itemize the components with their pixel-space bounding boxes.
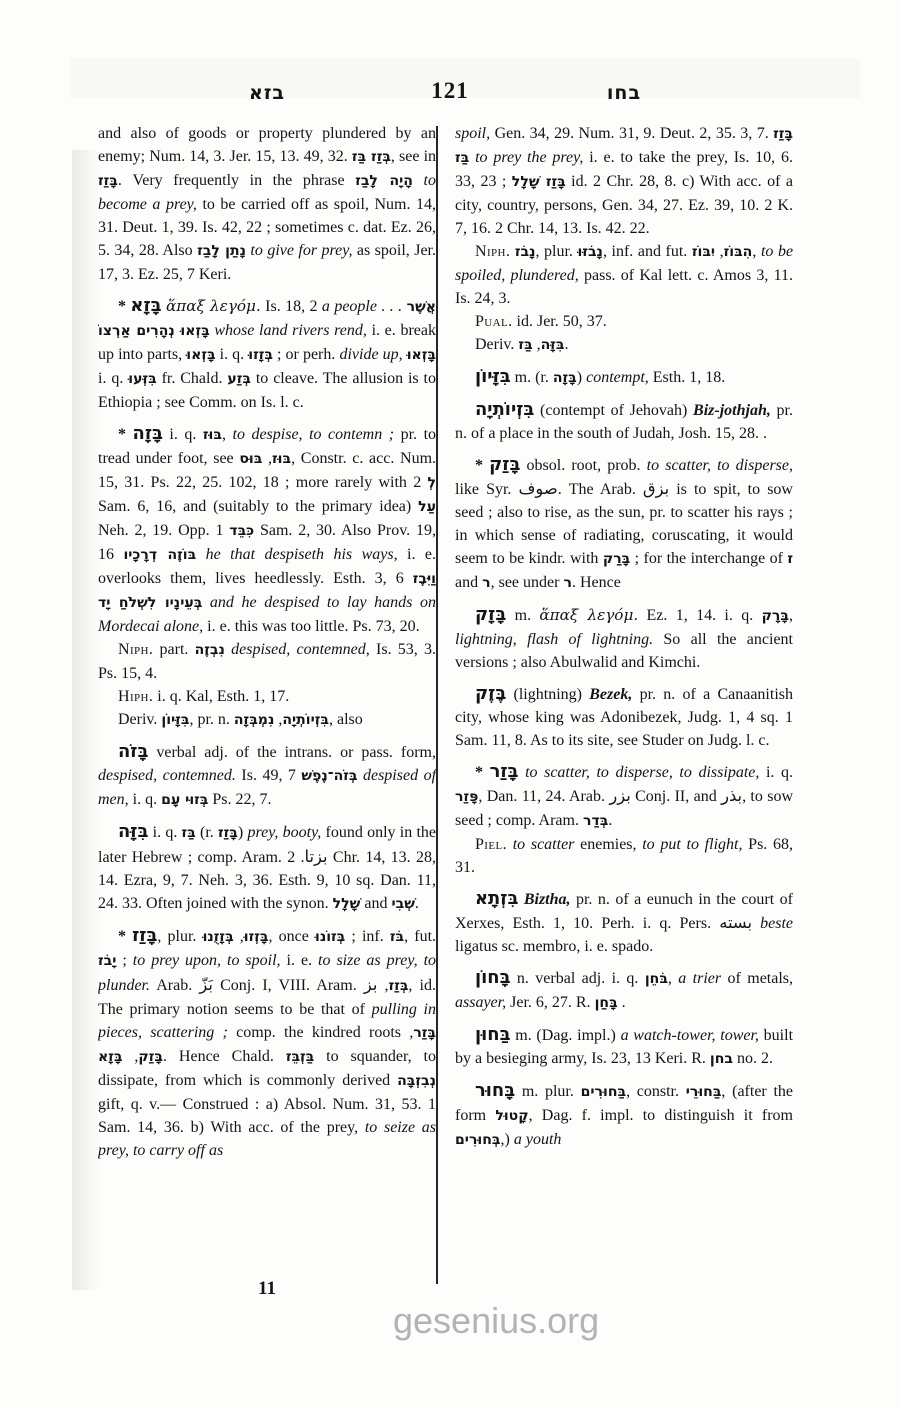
text-run-he: בְּזָזֻנוּ xyxy=(203,929,234,945)
text-run-i: a trier xyxy=(678,970,721,987)
text-run-hw: בִּזְיוֹתְיָה xyxy=(475,399,534,420)
text-run-n: i. q. xyxy=(163,426,203,443)
text-run-sc: Hiph. xyxy=(118,688,153,705)
text-run-ar: بسته xyxy=(719,913,752,932)
paragraph: בָּחוֹן n. verbal adj. i. q. בֹּחֵן, a t… xyxy=(455,966,793,1015)
text-run-i: to prey the prey, xyxy=(469,149,583,166)
text-run-he: בִּזְיוֹתְיָה xyxy=(282,712,329,728)
text-run-he: בְּחוּרִים xyxy=(455,1132,501,1148)
text-run-he: ר xyxy=(482,575,490,591)
text-run-n: , also xyxy=(329,711,363,728)
scan-artifact-left-shadow xyxy=(72,150,100,1290)
text-run-n: ligatus sc. membro, i. e. spado. xyxy=(455,938,653,955)
text-run-he: בְּזֹה־נֶפֶשׁ xyxy=(301,768,357,784)
text-run-hw: בָּזַק xyxy=(489,454,520,475)
paragraph: * בָּזָא ἅπαξ λεγόμ. Is. 18, 2 a people … xyxy=(98,294,436,414)
text-run-he: בָּזַז xyxy=(98,173,118,189)
text-run-n: . xyxy=(565,336,569,353)
text-run-hw: בָּזַז xyxy=(132,925,157,946)
text-run-n: Is. 49, 7 xyxy=(236,767,302,784)
text-run-n: Esth. 1, 18. xyxy=(649,369,725,386)
text-run-n: Conj. I, VIII. Aram. xyxy=(213,977,364,994)
text-run-n: m. (r. xyxy=(511,369,553,386)
text-run-he: הִבּוֹז xyxy=(724,244,753,260)
text-run-he: ז xyxy=(787,551,793,567)
text-run-n: ; xyxy=(116,952,132,969)
paragraph: Deriv. בִּזָּה, בַּז. xyxy=(455,333,793,357)
text-run-ar: بَزّ xyxy=(199,975,213,994)
text-run-n: , pr. n. xyxy=(189,711,233,728)
text-run-bi: Bezek, xyxy=(589,686,632,703)
text-run-n: . The Arab. xyxy=(558,481,643,498)
text-run-n: , xyxy=(222,426,233,443)
text-run-hw: בִּזָּיוֹן xyxy=(475,366,511,387)
paragraph: בִּזָּה i. q. בַּז (r. בָּזַז) prey, boo… xyxy=(98,820,436,916)
text-run-he: בּוּז xyxy=(203,427,222,443)
text-run-i: whose land rivers rend, xyxy=(210,322,367,339)
text-run-ar: بز xyxy=(364,975,378,994)
text-run-n: , xyxy=(377,977,388,994)
text-run-he: נָבֹזּוּ xyxy=(578,244,603,260)
text-run-hw: בָּזֹה xyxy=(118,741,148,762)
text-run-he: בָּזְאוּ xyxy=(407,347,436,363)
paragraph: * בָּזַק obsol. root, prob. to scatter, … xyxy=(455,453,793,595)
text-run-he: הָיָה לָבַז xyxy=(355,173,413,189)
text-run-n: part. xyxy=(153,641,194,658)
text-run-hw: בִּזְתָא xyxy=(475,888,518,909)
paragraph: בֶּזֶק (lightning) Bezek, pr. n. of a Ca… xyxy=(455,682,793,752)
text-run-n: , plur. xyxy=(157,928,202,945)
text-run-n: , fut. xyxy=(404,928,436,945)
text-run-n: Ps. 22, 7. xyxy=(208,791,271,808)
text-run-he: נִמְבְּזָה xyxy=(234,712,274,728)
text-run-n: , xyxy=(122,1048,138,1065)
paragraph: בִּזְתָא Biztha, pr. n. of a eunuch in t… xyxy=(455,887,793,958)
paragraph: Niph. נָבֹז, plur. נָבֹזּוּ, inf. and fu… xyxy=(455,240,793,310)
text-run-he: בִּזָּה xyxy=(541,337,565,353)
text-run-he: שְׁבִי xyxy=(391,896,414,912)
right-column: spoil, Gen. 34, 29. Num. 31, 9. Deut. 2,… xyxy=(455,122,793,1287)
text-run-hw: בֶּזֶק xyxy=(475,683,506,704)
text-run-ar: بزر xyxy=(609,786,630,805)
text-run-he: יִבּוֹז xyxy=(692,244,715,260)
text-run-i: to put to flight, xyxy=(642,836,742,853)
paragraph: * בָּזָה i. q. בּוּז, to despise, to con… xyxy=(98,422,436,638)
running-head-right-hebrew: בחו xyxy=(455,82,793,104)
text-run-n: i. q. xyxy=(129,791,161,808)
text-run-n: , see in xyxy=(391,148,436,165)
text-run-i: prey, booty, xyxy=(247,824,321,841)
text-run-i: to scatter, to disperse, to dissipate, xyxy=(518,764,759,781)
text-run-he: בָּזְזוּ xyxy=(244,929,269,945)
text-run-he: בָּחַן xyxy=(595,995,618,1011)
paragraph: בָּזָק m. ἅπαξ λεγόμ. Ez. 1, 14. i. q. ב… xyxy=(455,603,793,674)
text-run-he: נִבְזֶה xyxy=(195,642,225,658)
text-run-n: , xyxy=(234,928,244,945)
text-run-n: i. e. this was too little. Ps. 73, 20. xyxy=(203,618,419,635)
text-run-hw: בַּחוּן xyxy=(475,1024,511,1045)
text-run-he: בַּז xyxy=(518,337,532,353)
paragraph: and also of goods or property plundered … xyxy=(98,122,436,286)
text-run-n: . xyxy=(608,812,612,829)
text-run-he: עַל xyxy=(418,499,436,515)
text-run-n: i. e. xyxy=(281,952,318,969)
text-run-he: נָבֹז xyxy=(515,244,536,260)
text-run-i: a watch-tower, tower, xyxy=(621,1027,759,1044)
text-run-n: , Dag. f. impl. to distinguish it from xyxy=(529,1107,793,1124)
text-run-he: בְּזַע xyxy=(227,371,251,387)
text-run-he: בָּזְאוּ xyxy=(186,347,215,363)
text-run-i: to prey upon, to spoil, xyxy=(133,952,281,969)
text-run-n: , xyxy=(668,970,678,987)
text-run-he: בָּזַק xyxy=(138,1049,163,1065)
text-run-he: נָתַן לָבַז xyxy=(197,243,246,259)
text-run-n: ; inf. xyxy=(345,928,390,945)
text-run-he: בַּחוּרֵי xyxy=(686,1084,722,1100)
text-run-n: m. plur. xyxy=(515,1083,580,1100)
text-run-i: spoil, xyxy=(455,125,490,142)
text-run-n: , once xyxy=(269,928,315,945)
text-run-n: (lightning) xyxy=(506,686,589,703)
left-column: and also of goods or property plundered … xyxy=(98,122,436,1287)
text-run-n: , xyxy=(715,243,724,260)
text-run-hw: בָּחוֹן xyxy=(475,967,511,988)
text-run-n: i. q. xyxy=(759,764,793,781)
text-run-i: contempt, xyxy=(586,369,649,386)
sheet-signature: 11 xyxy=(98,1278,436,1300)
paragraph: * בָּזַר to scatter, to disperse, to dis… xyxy=(455,760,793,833)
text-run-n: , xyxy=(533,336,541,353)
text-run-ar: صوف xyxy=(519,479,558,498)
text-run-n: Neh. 2, 19. Opp. xyxy=(98,522,215,539)
paragraph: Pual. id. Jer. 50, 37. xyxy=(455,310,793,333)
text-run-b: * xyxy=(118,298,130,315)
text-run-he: בחן xyxy=(710,1051,733,1067)
text-run-ar: بزتا xyxy=(305,847,328,866)
text-run-i: he that despiseth his ways, xyxy=(196,546,397,563)
paragraph: Piel. to scatter enemies, to put to flig… xyxy=(455,833,793,879)
text-run-n: i. q. xyxy=(98,370,128,387)
text-run-he: בַּחוּרִים xyxy=(581,1084,627,1100)
text-run-he: בֹּז xyxy=(390,929,404,945)
paragraph: בִּזָּיוֹן m. (r. בָּזָה) contempt, Esth… xyxy=(455,365,793,390)
text-run-he: בּוּס xyxy=(239,451,262,467)
text-run-n: ; or perh. xyxy=(273,346,340,363)
text-run-he: נְבִזְבָּה xyxy=(397,1073,436,1089)
text-run-he: בָּזַר xyxy=(413,1025,436,1041)
text-run-n: ,) xyxy=(501,1131,514,1148)
text-run-ar: بزق xyxy=(643,479,669,498)
text-run-gr: ἅπαξ λεγόμ. xyxy=(539,606,638,624)
text-run-i: despised, contemned. xyxy=(98,767,236,784)
text-run-n: and xyxy=(360,895,391,912)
text-run-he: בּוֹזֶה דְרָכָיו xyxy=(123,547,196,563)
text-run-i: to despise, to contemn ; xyxy=(233,426,395,443)
paragraph: בָּחוּר m. plur. בַּחוּרִים, constr. בַּ… xyxy=(455,1079,793,1152)
text-run-i: despised, contemned, xyxy=(225,641,370,658)
text-run-ar: بذر xyxy=(721,786,742,805)
text-run-he: יָבֹז xyxy=(98,953,116,969)
text-run-n: , see under xyxy=(491,574,564,591)
text-run-hw: בָּזַר xyxy=(490,761,519,782)
text-run-he: בָּזַז xyxy=(218,825,238,841)
text-run-i: beste xyxy=(752,915,793,932)
text-run-he: קָטוּל xyxy=(495,1108,528,1124)
text-run-he: בְּדַר xyxy=(583,813,608,829)
text-run-b: * xyxy=(118,426,133,443)
paragraph: * בָּזַז, plur. בָּזְזוּ, בְּזָזֻנוּ, on… xyxy=(98,924,436,1162)
text-run-n: , xyxy=(752,243,761,260)
text-run-n: comp. the kindred roots xyxy=(228,1024,409,1041)
text-run-hw: בָּחוּר xyxy=(475,1080,515,1101)
text-run-he: בָּרַק xyxy=(603,551,630,567)
text-run-he: שָׁלָל xyxy=(333,896,361,912)
text-run-i: assayer, xyxy=(455,994,506,1011)
text-run-n: (contempt of Jehovah) xyxy=(534,402,693,419)
text-run-he: כִּבֵּד xyxy=(229,523,254,539)
text-run-i: lightning, flash of lightning. xyxy=(455,631,653,648)
text-run-n: Deriv. xyxy=(118,711,161,728)
text-run-n: verbal adj. of the intrans. or pass. for… xyxy=(148,744,436,761)
text-run-hw: בָּזָה xyxy=(133,423,163,444)
text-run-n: ; for the interchange of xyxy=(630,550,787,567)
text-run-n: , plur. xyxy=(535,243,577,260)
text-run-he: בַּז xyxy=(182,825,196,841)
text-run-n: no. 2. xyxy=(733,1050,773,1067)
text-run-hw: בִּזָּה xyxy=(118,821,148,842)
text-run-n: ) xyxy=(577,369,586,386)
text-run-i: a youth xyxy=(514,1131,562,1148)
text-run-he: בְּזַז xyxy=(389,978,409,994)
text-run-n: , xyxy=(262,450,272,467)
text-run-n: id. Jer. 50, 37. xyxy=(513,313,607,330)
text-run-i: divide up, xyxy=(339,346,402,363)
paragraph: בִּזְיוֹתְיָה (contempt of Jehovah) Biz-… xyxy=(455,398,793,445)
text-run-n: (r. xyxy=(196,824,218,841)
text-run-n: . Hence xyxy=(572,574,621,591)
text-run-n: , inf. and fut. xyxy=(603,243,692,260)
text-run-he: בּוּז xyxy=(272,451,291,467)
text-run-n: , Dan. 11, 24. Arab. xyxy=(478,788,609,805)
text-run-n: , xyxy=(789,607,793,624)
text-run-he: בְּזוֹנוּ xyxy=(315,929,345,945)
text-run-i: to give for prey, xyxy=(246,242,352,259)
paragraph: Niph. part. נִבְזֶה despised, contemned,… xyxy=(98,638,436,685)
text-run-he: בִּזָּיוֹן xyxy=(161,712,189,728)
text-run-n: Is. 18, 2 xyxy=(261,298,322,315)
text-run-b: * xyxy=(475,457,489,474)
text-run-he: בַּזְבֵּז xyxy=(286,1049,314,1065)
text-run-n: i. q. xyxy=(148,824,181,841)
text-run-n: Arab. xyxy=(150,977,199,994)
paragraph: בַּחוּן m. (Dag. impl.) a watch-tower, t… xyxy=(455,1023,793,1071)
text-run-b: * xyxy=(475,764,490,781)
text-run-n: fr. Chald. xyxy=(157,370,228,387)
text-run-n: Jer. 6, 27. R. xyxy=(506,994,594,1011)
text-run-n: obsol. root, prob. xyxy=(520,457,646,474)
text-run-sc: Piel. xyxy=(475,836,507,853)
text-run-n: Conj. II, and xyxy=(631,788,721,805)
lexicon-page-scan: בזא 121 בחו and also of goods or propert… xyxy=(0,0,900,1408)
text-run-he: בְּזוּי עָם xyxy=(161,792,208,808)
paragraph: Deriv. בִּזָּיוֹן, pr. n. בִּזְיוֹתְיָה,… xyxy=(98,708,436,732)
text-run-n: , constr. xyxy=(626,1083,686,1100)
paragraph: Hiph. i. q. Kal, Esth. 1, 17. xyxy=(98,685,436,708)
text-run-sc: Niph. xyxy=(475,243,510,260)
text-run-he: לְ xyxy=(427,475,436,491)
text-run-he: בָּרָק xyxy=(762,608,789,624)
text-run-i: a people . . . xyxy=(322,298,407,315)
text-run-b: * xyxy=(118,928,132,945)
text-run-i: to scatter, to disperse, xyxy=(647,457,793,474)
text-run-sc: Pual. xyxy=(475,313,513,330)
text-run-n: of metals, xyxy=(721,970,793,987)
text-run-bi: Biz-jothjah, xyxy=(693,402,771,419)
watermark-text: gesenius.org xyxy=(393,1300,599,1342)
text-run-n: Ez. 1, 14. i. q. xyxy=(638,607,761,624)
text-run-n: enemies, xyxy=(574,836,642,853)
text-run-n: i. q. Kal, Esth. 1, 17. xyxy=(153,688,289,705)
text-run-n: . xyxy=(618,994,626,1011)
text-run-hw: בָּזָק xyxy=(475,604,506,625)
text-run-he: בְּזָזוּ xyxy=(248,347,273,363)
paragraph: spoil, Gen. 34, 29. Num. 31, 9. Deut. 2,… xyxy=(455,122,793,240)
text-run-he: ר xyxy=(563,575,571,591)
text-run-he: בְּזַז בַּז xyxy=(352,149,391,165)
text-run-gr: ἅπαξ λεγόμ. xyxy=(166,297,261,315)
text-run-hw: בָּזָא xyxy=(130,295,161,316)
text-run-he: פָּזַר xyxy=(455,789,478,805)
text-run-n: n. verbal adj. i. q. xyxy=(511,970,645,987)
text-run-he: בָּזָה xyxy=(553,370,577,386)
text-run-he: בָּזַז שָׁלָל xyxy=(512,174,566,190)
text-run-bi: Biztha, xyxy=(524,891,571,908)
column-divider-rule xyxy=(436,126,438,1284)
text-run-n: . xyxy=(415,895,419,912)
text-run-n: i. q. xyxy=(216,346,249,363)
text-run-n: . Hence Chald. xyxy=(163,1048,286,1065)
text-run-i: to scatter xyxy=(513,836,575,853)
text-run-sc: Niph. xyxy=(118,641,153,658)
text-run-n: Deriv. xyxy=(475,336,518,353)
text-run-n: . Very frequently in the phrase xyxy=(118,172,355,189)
text-run-n: Gen. 34, 29. Num. 31, 9. Deut. 2, 35. 3,… xyxy=(490,125,773,142)
text-run-he: בֹּחֵן xyxy=(645,971,668,987)
text-run-n: m. (Dag. impl.) xyxy=(511,1027,621,1044)
text-run-n: and xyxy=(455,574,482,591)
text-run-n: like Syr. xyxy=(455,481,519,498)
text-run-he: בִּזְּעוּ xyxy=(128,371,156,387)
paragraph: בָּזֹה verbal adj. of the intrans. or pa… xyxy=(98,740,436,812)
text-run-n: m. xyxy=(506,607,539,624)
text-run-he: בָּזָא xyxy=(98,1049,122,1065)
